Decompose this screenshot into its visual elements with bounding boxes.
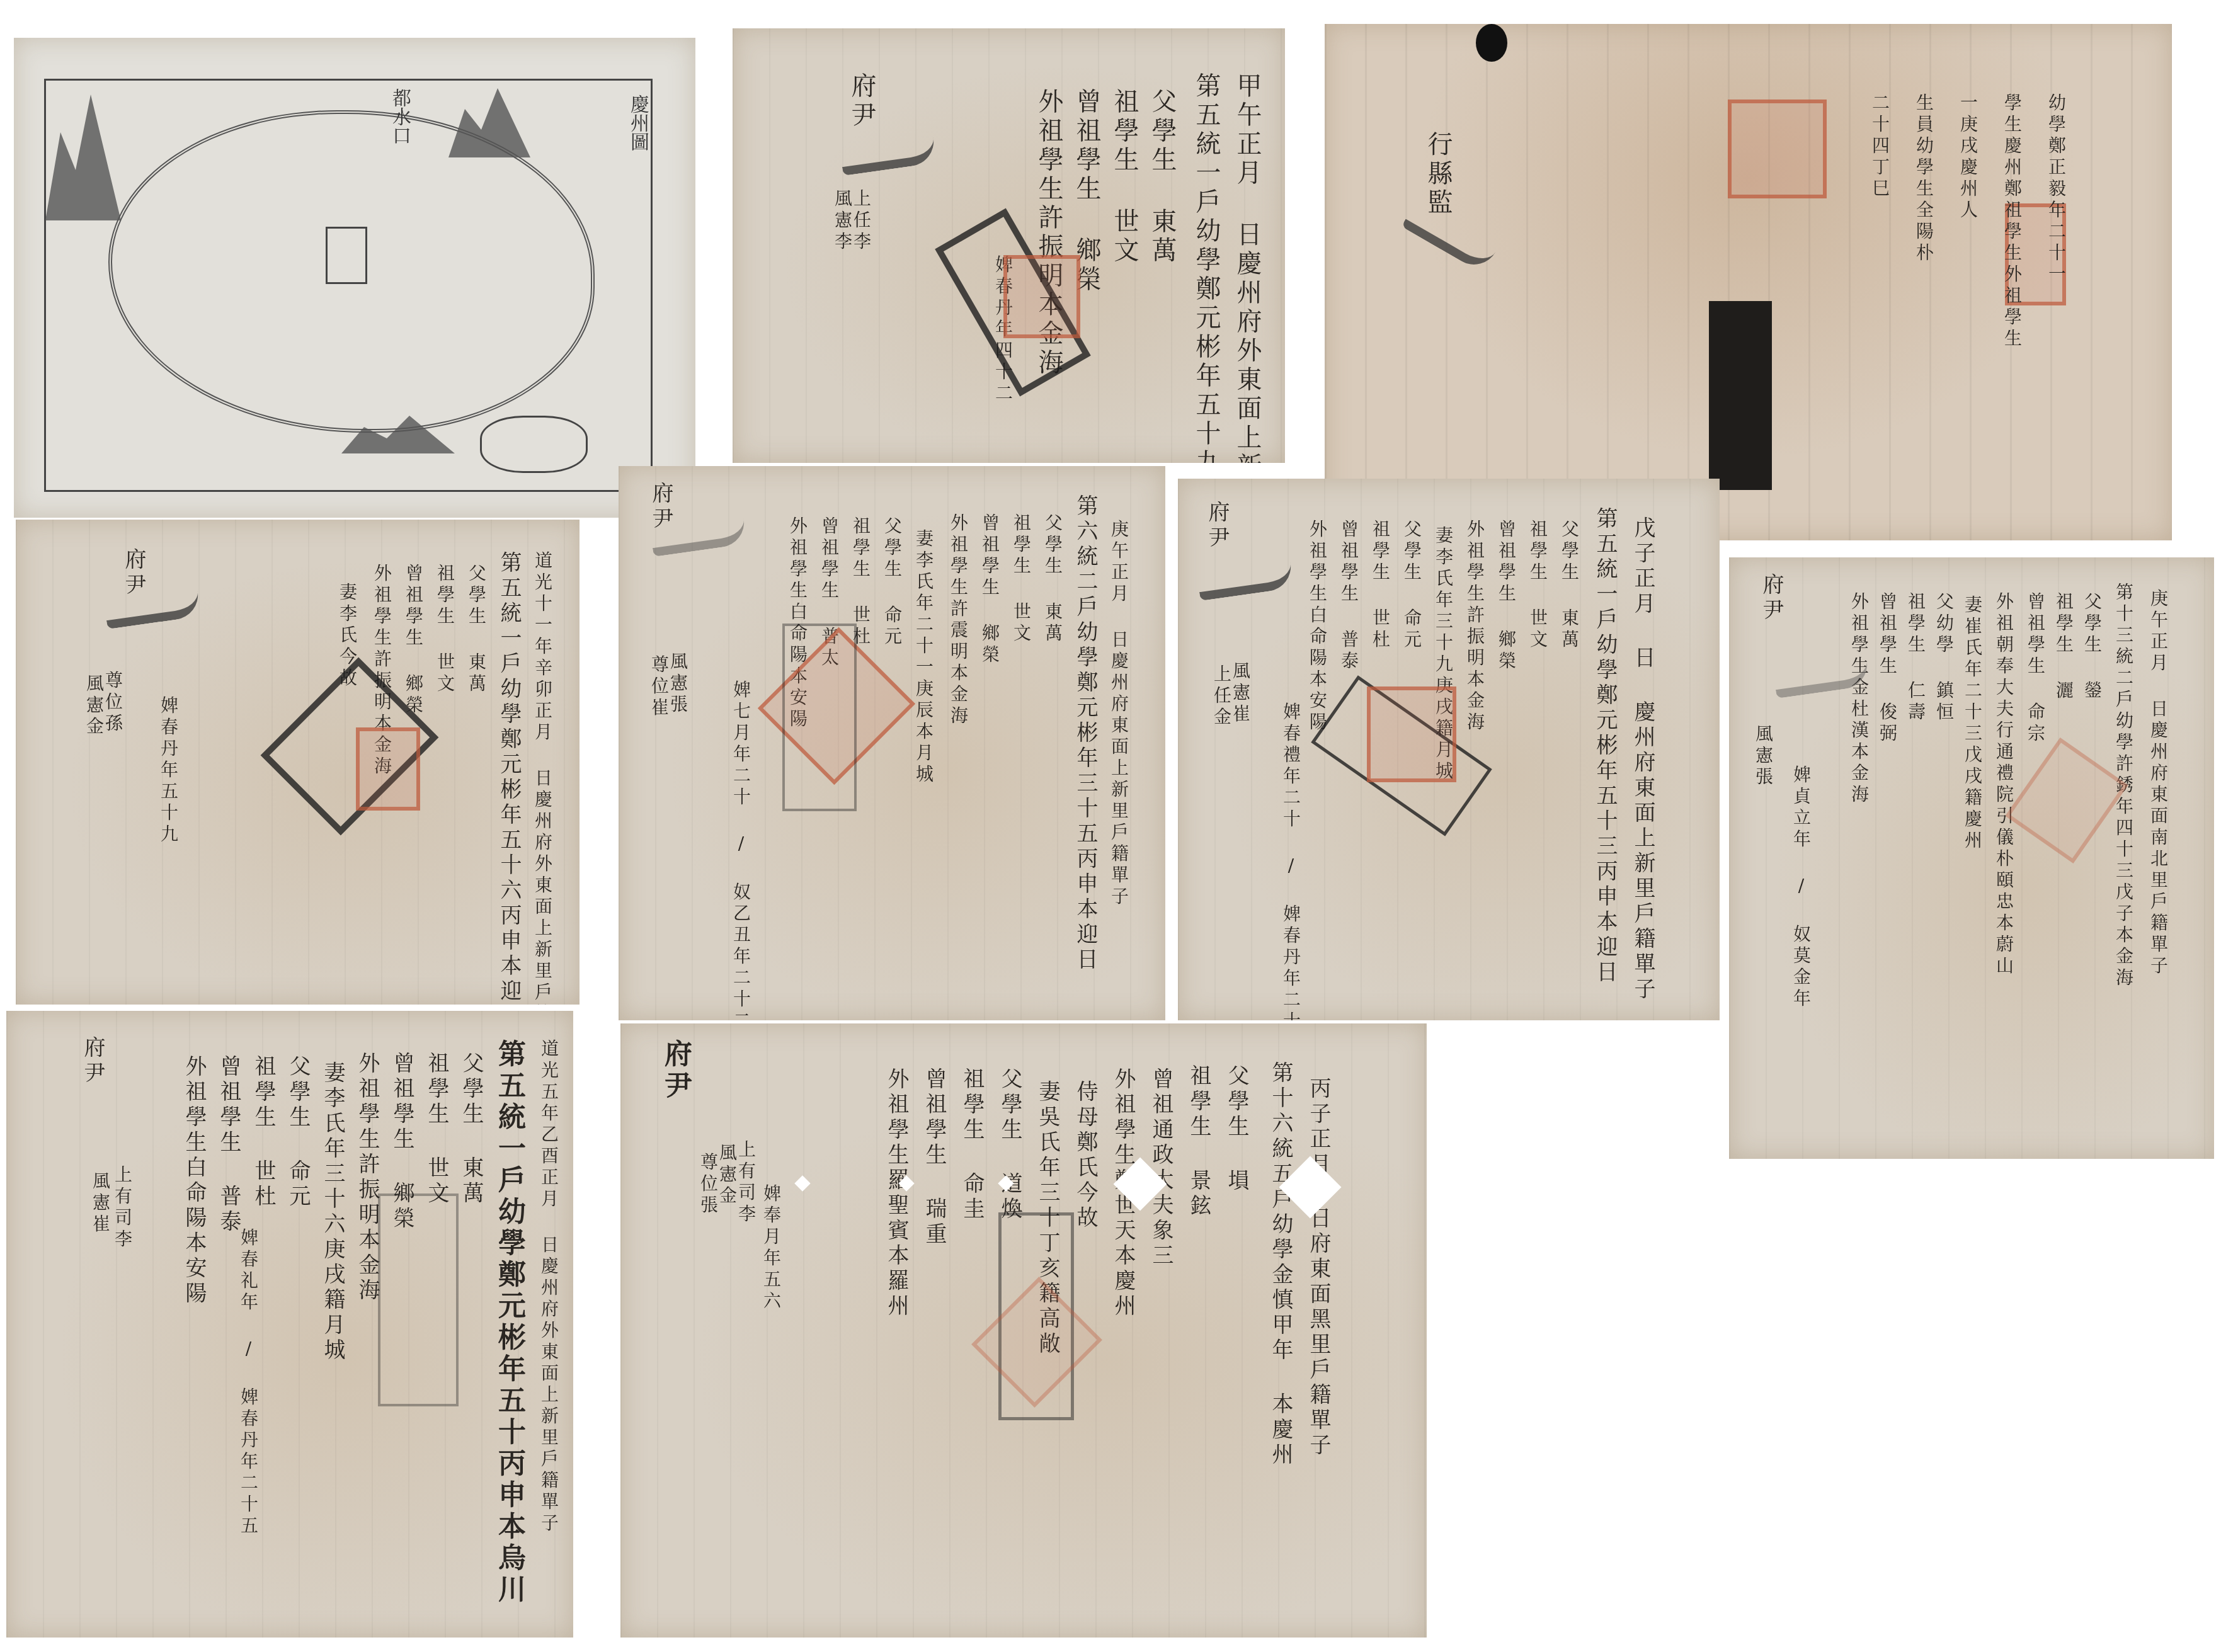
wife-great-grandfather-line: 曾祖學生 瑞重: [923, 1068, 945, 1248]
map-label: 都水口: [385, 88, 413, 145]
wife-great-grandfather-line: 曾祖學生 普泰: [1340, 520, 1357, 673]
household-head-line: 第十六統五戶幼學金慎甲年 本慶州: [1270, 1061, 1291, 1468]
wife-father-line: 父學生 道煥: [999, 1068, 1020, 1222]
father-line: 父學生 東萬: [1560, 520, 1578, 651]
maternal-grandfather-line: 外祖學生許震明本金海: [949, 513, 967, 727]
wife-line: 妻李氏年三十六庚戌籍月城: [322, 1061, 343, 1364]
header-line: 道光十一年辛卯正月 日慶州府外東面上新里戶籍單子: [534, 551, 551, 1005]
wife-maternal-grandfather-line: 外祖學生金杜漢本金海: [1850, 592, 1868, 806]
father-line: 父學生 塤: [1226, 1064, 1247, 1194]
official-title: 府尹: [849, 72, 874, 130]
wife-father-line: 父學生 命元: [1403, 520, 1420, 651]
header-line: 戊子正月 日 慶州府東面上新里戶籍單子: [1632, 516, 1653, 1003]
header-line: 道光五年乙酉正月 日慶州府外東面上新里戶籍單子: [540, 1039, 557, 1535]
header-line: 庚午正月 日慶州府東面南北里戶籍單子: [2149, 589, 2167, 977]
wife-father-line: 父學生 命元: [883, 516, 901, 648]
mother-line: 侍母鄭氏今故: [1075, 1080, 1096, 1231]
official-title: 府尹: [1206, 501, 1228, 551]
father-line: 父學生 東萬: [1150, 88, 1175, 266]
wife-great-grandfather-line: 曾祖學生 普泰: [218, 1055, 239, 1235]
household-head-line: 第五統一戶幼學鄭元彬年五十三丙申本迎日: [1594, 507, 1616, 986]
map-title: 慶州圖: [624, 94, 651, 151]
black-seal: [1709, 301, 1772, 490]
household-head-line: 第五統一戶幼學鄭元彬年五十九丙申本迎日: [1194, 72, 1219, 463]
official-signature-mark: [1402, 186, 1507, 273]
wife-grandfather-line: 祖學生 命圭: [961, 1068, 983, 1222]
great-grandfather-line: 曾祖學生 鄉榮: [981, 513, 998, 666]
wife-line: 妻崔氏年二十三戊戌籍慶州: [1963, 595, 1981, 852]
document-household-register: 庚午正月 日慶州府東面南北里戶籍單子 第十三統二戶幼學許銹年四十三戊子本金海 父…: [1729, 557, 2214, 1159]
wife-grandfather-line: 祖學生 世杜: [253, 1055, 274, 1210]
household-head-line: 第五統一戶幼學鄭元彬年五十六丙申本迎日: [498, 551, 520, 1005]
document-map: 慶州圖 都水口: [14, 38, 695, 518]
great-grandfather-line: 曾祖學生 命宗: [2026, 592, 2044, 745]
wife-maternal-grandfather-line: 外祖學生羅聖賓本羅州: [886, 1068, 907, 1319]
red-seal: [1003, 255, 1080, 338]
signer: 尊位孫: [104, 671, 122, 735]
signer: 上有司李: [113, 1165, 131, 1251]
grandfather-line: 祖學生 世文: [1112, 88, 1137, 266]
grandfather-line: 祖學生 世文: [436, 564, 454, 695]
document-household-register: 甲午正月 日慶州府外東面上新里戶籍單子 第五統一戶幼學鄭元彬年五十九丙申本迎日 …: [733, 28, 1285, 463]
header-line: 庚午正月 日慶州府東面上新里戶籍單子: [1110, 520, 1128, 908]
grandfather-line: 祖學生 世文: [1529, 520, 1546, 651]
wife-great-grandfather-line: 曾祖學生 俊弼: [1878, 592, 1896, 745]
document-household-register: 丙子正月 日府東面黑里戶籍單子 第十六統五戶幼學金慎甲年 本慶州 父學生 塤 祖…: [620, 1023, 1427, 1638]
wife-maternal-grandfather-line: 外祖學生白命陽本安陽: [1308, 520, 1326, 734]
maternal-grandfather-line: 外祖學生許振明本金海: [357, 1052, 378, 1304]
slave-line: 婢春礼年 / 婢春丹年二十五: [239, 1228, 257, 1537]
grandfather-line: 祖學生 灑: [2055, 592, 2072, 702]
text-line: 幼學鄭正毅年二十一: [2047, 93, 2065, 286]
red-seal: [2005, 738, 2128, 863]
black-stamp: [782, 624, 857, 811]
signer: 風憲張: [1754, 724, 1772, 789]
household-head-line: 第六統二戶幼學鄭元彬年三十五丙申本迎日: [1075, 494, 1096, 973]
signer: 上任李: [852, 189, 870, 253]
signer: 風憲金: [85, 674, 103, 738]
father-line: 父學生 東萬: [1044, 513, 1061, 645]
great-grandfather-line: 曾祖學生 鄉榮: [1497, 520, 1515, 673]
red-seal: [356, 727, 420, 811]
signer: 風憲李: [833, 189, 851, 253]
signer: 上有司李: [737, 1140, 755, 1226]
wife-father-line: 父幼學 鎮恒: [1935, 592, 1953, 724]
wife-grandfather-line: 祖學生 世杜: [1371, 520, 1389, 651]
grandfather-line: 祖學生 景鉉: [1188, 1064, 1209, 1219]
document-household-register: 戊子正月 日 慶州府東面上新里戶籍單子 第五統一戶幼學鄭元彬年五十三丙申本迎日 …: [1178, 479, 1720, 1020]
wife-grandfather-line: 祖學生 仁壽: [1907, 592, 1924, 724]
header-line: 丙子正月 日府東面黑里戶籍單子: [1308, 1077, 1329, 1459]
red-seal: [971, 1277, 1102, 1408]
official-signature-mark: [101, 570, 202, 629]
great-grandfather-line: 曾祖通政大夫象三: [1150, 1068, 1172, 1269]
official-title: 府尹: [661, 1039, 689, 1102]
father-line: 父學生 東萬: [467, 564, 485, 695]
red-seal: [1728, 100, 1827, 198]
document-official-certificate: 行縣監 幼學鄭正毅年二十一 學生慶州鄭祖學生外祖學生 一庚戌慶州人 生員幼學生全…: [1325, 24, 2172, 540]
signer: 尊位張: [699, 1153, 717, 1217]
wife-line: 妻李氏年二十一庚辰本月城: [915, 529, 932, 786]
text-line: 學生慶州鄭祖學生外祖學生: [2003, 93, 2021, 350]
red-seal: [1367, 686, 1456, 782]
father-line: 父學生 東萬: [460, 1052, 482, 1207]
slave-line: 婢春丹年五十九: [159, 696, 177, 846]
paper-hole: [794, 1175, 810, 1191]
household-head-line: 第五統一戶幼學鄭元彬年五十丙申本烏川: [495, 1039, 523, 1606]
text-line: 生員幼學生全陽朴: [1915, 93, 1933, 265]
slave-line: 婢貞立年 / 奴莫金年: [1792, 765, 1810, 1010]
text-line: 一庚戌慶州人: [1959, 93, 1977, 222]
grandfather-line: 祖學生 世文: [1012, 513, 1030, 645]
signer: 風憲崔: [1231, 661, 1249, 726]
wife-father-line: 父學生 命元: [287, 1055, 309, 1210]
signer: 上任金: [1213, 664, 1230, 729]
document-household-register: 道光五年乙酉正月 日慶州府外東面上新里戶籍單子 第五統一戶幼學鄭元彬年五十丙申本…: [6, 1011, 573, 1638]
ink-blot: [1476, 24, 1507, 62]
signer: 風憲張: [669, 652, 687, 716]
official-title: 府尹: [82, 1036, 103, 1086]
document-household-register: 庚午正月 日慶州府東面上新里戶籍單子 第六統二戶幼學鄭元彬年三十五丙申本迎日 父…: [619, 466, 1165, 1020]
text-line: 二十四丁巳: [1871, 93, 1888, 200]
map-building-gaeksa: [326, 227, 367, 284]
maternal-grandfather-line: 外祖朝奉大夫行通禮院引儀朴頤忠本蔚山: [1995, 592, 2013, 977]
black-stamp: [378, 1193, 459, 1406]
map-building-city-wall: [480, 416, 588, 473]
signer: 風憲崔: [91, 1171, 109, 1236]
slave-line: 婢七月年二十 / 奴乙丑年二十二: [732, 680, 750, 1020]
header-line: 甲午正月 日慶州府外東面上新里戶籍單子: [1235, 72, 1260, 463]
father-line: 父學生 鎣: [2083, 592, 2101, 702]
document-household-register: 道光十一年辛卯正月 日慶州府外東面上新里戶籍單子 第五統一戶幼學鄭元彬年五十六丙…: [16, 520, 580, 1005]
slave-line: 婢奉月年五六: [762, 1184, 780, 1313]
signer: 風憲金: [718, 1143, 736, 1207]
great-grandfather-line: 曾祖學生 鄉榮: [404, 564, 422, 717]
signer: 尊位崔: [650, 655, 668, 719]
maternal-grandfather-line: 外祖學生許振明本金海: [1466, 520, 1483, 734]
grandfather-line: 祖學生 世文: [426, 1052, 447, 1207]
slave-line: 婢春禮年二十 / 婢春丹年二十六: [1282, 702, 1299, 1020]
official-title: 府尹: [1761, 573, 1782, 624]
wife-maternal-grandfather-line: 外祖學生白命陽本安陽: [183, 1055, 205, 1307]
